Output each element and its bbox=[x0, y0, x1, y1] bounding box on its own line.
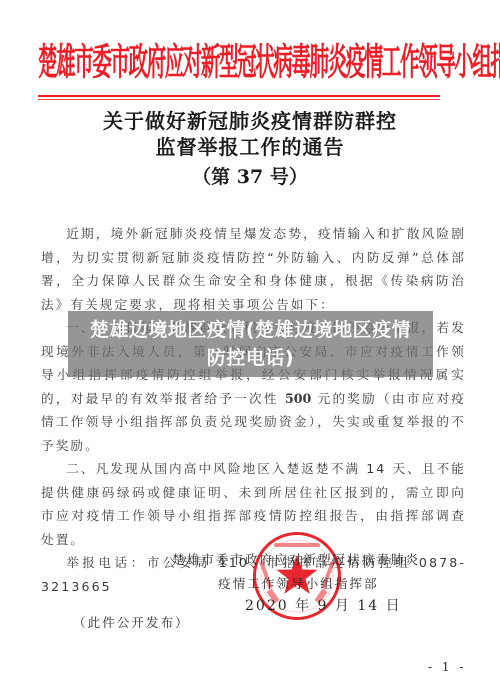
paragraph-intro: 近期，境外新冠肺炎疫情呈爆发态势，疫情输入和扩散风险剧增，为切实贯彻新冠肺炎疫情… bbox=[41, 222, 466, 316]
caption-overlay-text: 楚雄边境地区疫情(楚雄边境地区疫情防控电话) bbox=[81, 316, 421, 372]
header-red-rule-thin bbox=[38, 99, 440, 100]
issue-number: （第 37 号） bbox=[0, 162, 500, 192]
title-line-2: 监督举报工作的通告 bbox=[0, 134, 500, 160]
document-page: 楚雄市委市政府应对新型冠状病毒肺炎疫情工作领导小组指挥部 关于做好新冠肺炎疫情群… bbox=[0, 0, 500, 689]
notice-title: 关于做好新冠肺炎疫情群防群控 监督举报工作的通告 （第 37 号） bbox=[0, 108, 500, 192]
signature-org-line-1: 楚雄市委市政府应对新型冠状病毒肺炎 bbox=[150, 548, 480, 572]
page-number: - 1 - bbox=[428, 660, 466, 674]
signature-block: 楚雄市委市政府应对新型冠状病毒肺炎 疫情工作领导小组指挥部 2020 年 9 月… bbox=[150, 548, 480, 619]
signature-date: 2020 年 9 月 14 日 bbox=[150, 595, 480, 619]
signature-org-line-2: 疫情工作领导小组指挥部 bbox=[150, 572, 480, 596]
header-red-rule bbox=[38, 95, 440, 97]
caption-overlay[interactable]: 楚雄边境地区疫情(楚雄边境地区疫情防控电话) bbox=[68, 311, 433, 377]
title-line-1: 关于做好新冠肺炎疫情群防群控 bbox=[0, 108, 500, 134]
reward-amount: 500 bbox=[285, 391, 311, 406]
